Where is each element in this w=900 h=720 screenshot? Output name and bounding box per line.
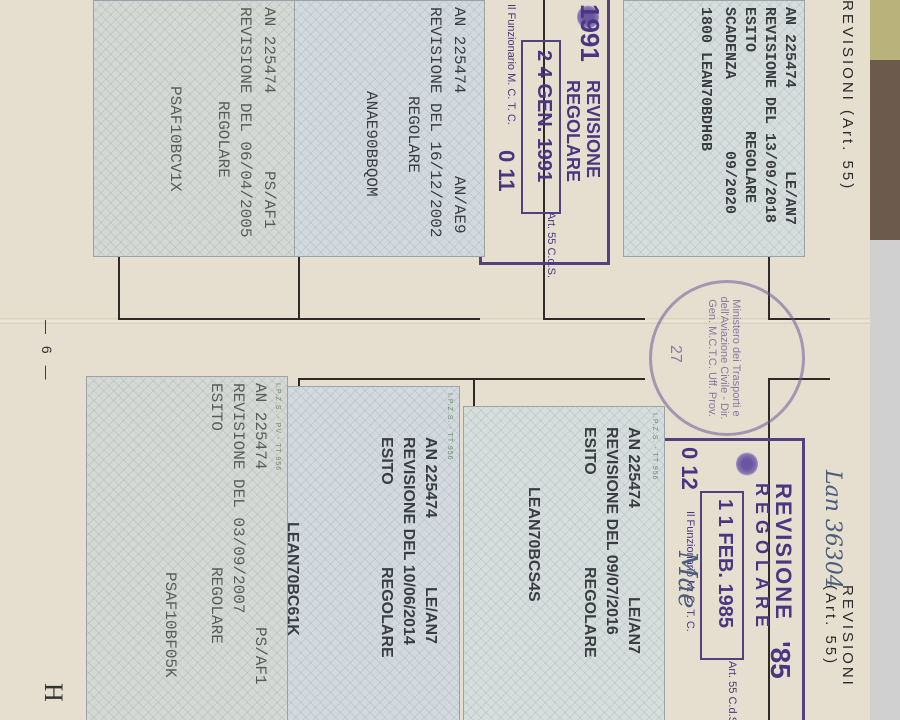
sticker-line: 1800 LEAN70BDH6B — [697, 7, 714, 151]
sticker-line: PSAF10BF05K — [161, 572, 179, 678]
inspection-sticker-2005: AN 225474 PS/AF1 REVISIONE DEL 06/04/200… — [93, 0, 295, 257]
document-photo: REVISIONI (Art. 55) AN 225474 LE/AN7 REV… — [0, 0, 900, 720]
sticker-owner-code: LE/AN7 — [421, 587, 439, 644]
signature: Mae — [672, 551, 702, 609]
sticker-line: PSAF10BCV1X — [166, 86, 184, 192]
print-code: I.P.Z.S. - TT 956 — [651, 413, 658, 481]
page-number: — 6 — — [39, 320, 55, 384]
sticker-line: ANAE90BBQOM — [362, 91, 380, 197]
page-letter: H — [38, 683, 68, 702]
sticker-line: REGOLARE — [207, 567, 225, 644]
sticker-line: AN 225474 — [781, 7, 798, 88]
sticker-line: REGOLARE — [741, 131, 758, 203]
stamp-year: 1991 — [574, 4, 605, 62]
stamp-title: REVISIONE — [770, 483, 796, 621]
sticker-owner-code: PS/AF1 — [260, 171, 278, 229]
stamp-date: 1 1 FEB. 1985 — [713, 499, 736, 628]
sticker-owner-code: LE/AN7 — [781, 171, 798, 225]
sticker-line: ESITO — [377, 437, 395, 485]
sticker-line: REVISIONE DEL 03/09/2007 — [229, 383, 247, 613]
sticker-owner-code: AN/AE9 — [450, 176, 468, 234]
inspection-sticker-2018: AN 225474 LE/AN7 REVISIONE DEL 13/09/201… — [623, 0, 805, 257]
inspection-sticker-2002: AN 225474 AN/AE9 REVISIONE DEL 16/12/200… — [293, 0, 485, 257]
sticker-line: 09/2020 — [721, 151, 738, 214]
stamp-official: Il Funzionario M. C. T. C. — [505, 4, 517, 125]
print-code: I.P.Z.S. - PV - TT 956 — [274, 383, 281, 471]
inspection-sticker-2007: I.P.Z.S. - PV - TT 956 AN 225474 PS/AF1 … — [86, 376, 288, 720]
stamp-result: REGOLARE — [751, 483, 772, 633]
sticker-line: AN 225474 — [260, 7, 278, 93]
sticker-line: AN 225474 — [450, 7, 468, 93]
sticker-line: ESITO — [741, 7, 758, 52]
sticker-line: REGOLARE — [377, 567, 395, 658]
sticker-line: ESITO — [207, 383, 225, 431]
sticker-line: REVISIONE DEL 16/12/2002 — [426, 7, 444, 237]
sticker-line: ESITO — [580, 427, 598, 475]
sticker-owner-code: LE/AN7 — [624, 597, 642, 654]
stamp-title: REVISIONE — [582, 80, 603, 178]
stamp-number: 0 11 — [493, 150, 519, 192]
sticker-line: REGOLARE — [404, 96, 422, 173]
ministry-round-stamp: Ministero dei Trasporti e dell'Aviazione… — [649, 280, 805, 436]
sticker-line: SCADENZA — [721, 7, 738, 79]
sticker-line: REGOLARE — [214, 101, 232, 178]
inspection-stamp-1985: REVISIONE '85 REGOLARE 1 1 FEB. 1985 Art… — [659, 438, 805, 720]
sticker-line: REVISIONE DEL 09/07/2016 — [602, 427, 620, 635]
stamp-year: '85 — [764, 641, 796, 679]
sticker-line: REVISIONE DEL 06/04/2005 — [236, 7, 254, 237]
header-right-page: REVISIONI (Art. 55) — [839, 0, 856, 191]
sticker-line: LEAN70BCS4S — [524, 487, 542, 602]
round-stamp-number: 27 — [666, 345, 684, 363]
stamp-result: REGOLARE — [562, 80, 583, 182]
emblem-icon — [736, 451, 758, 477]
stamp-number: 0 12 — [676, 447, 702, 490]
stamp-article: Art. 55 C.d.S. — [726, 661, 738, 720]
background-olive — [870, 0, 900, 60]
sticker-line: AN 225474 — [624, 427, 642, 508]
sticker-line: AN 225474 — [421, 437, 439, 518]
stamp-article: Art. 55 C.d.S. — [545, 212, 557, 278]
inspection-sticker-2014: I.P.Z.S. - TT 956 AN 225474 LE/AN7 REVIS… — [278, 386, 460, 720]
sticker-owner-code: PS/AF1 — [251, 627, 269, 685]
round-stamp-text: Ministero dei Trasporti e dell'Aviazione… — [706, 291, 742, 425]
stamp-date: 2 4 GEN. 1991 — [532, 50, 555, 182]
sticker-line: REVISIONE DEL 10/06/2014 — [399, 437, 417, 645]
print-code: I.P.Z.S. - TT 956 — [446, 393, 453, 461]
inspection-stamp-1991: 1991 REVISIONE REGOLARE 2 4 GEN. 1991 Ar… — [479, 0, 610, 265]
inspection-sticker-2016: I.P.Z.S. - TT 956 AN 225474 LE/AN7 REVIS… — [463, 406, 665, 720]
background-brown — [870, 60, 900, 240]
sticker-line: AN 225474 — [251, 383, 269, 469]
sticker-line: REVISIONE DEL 13/09/2018 — [761, 7, 778, 223]
sticker-line: REGOLARE — [580, 567, 598, 658]
